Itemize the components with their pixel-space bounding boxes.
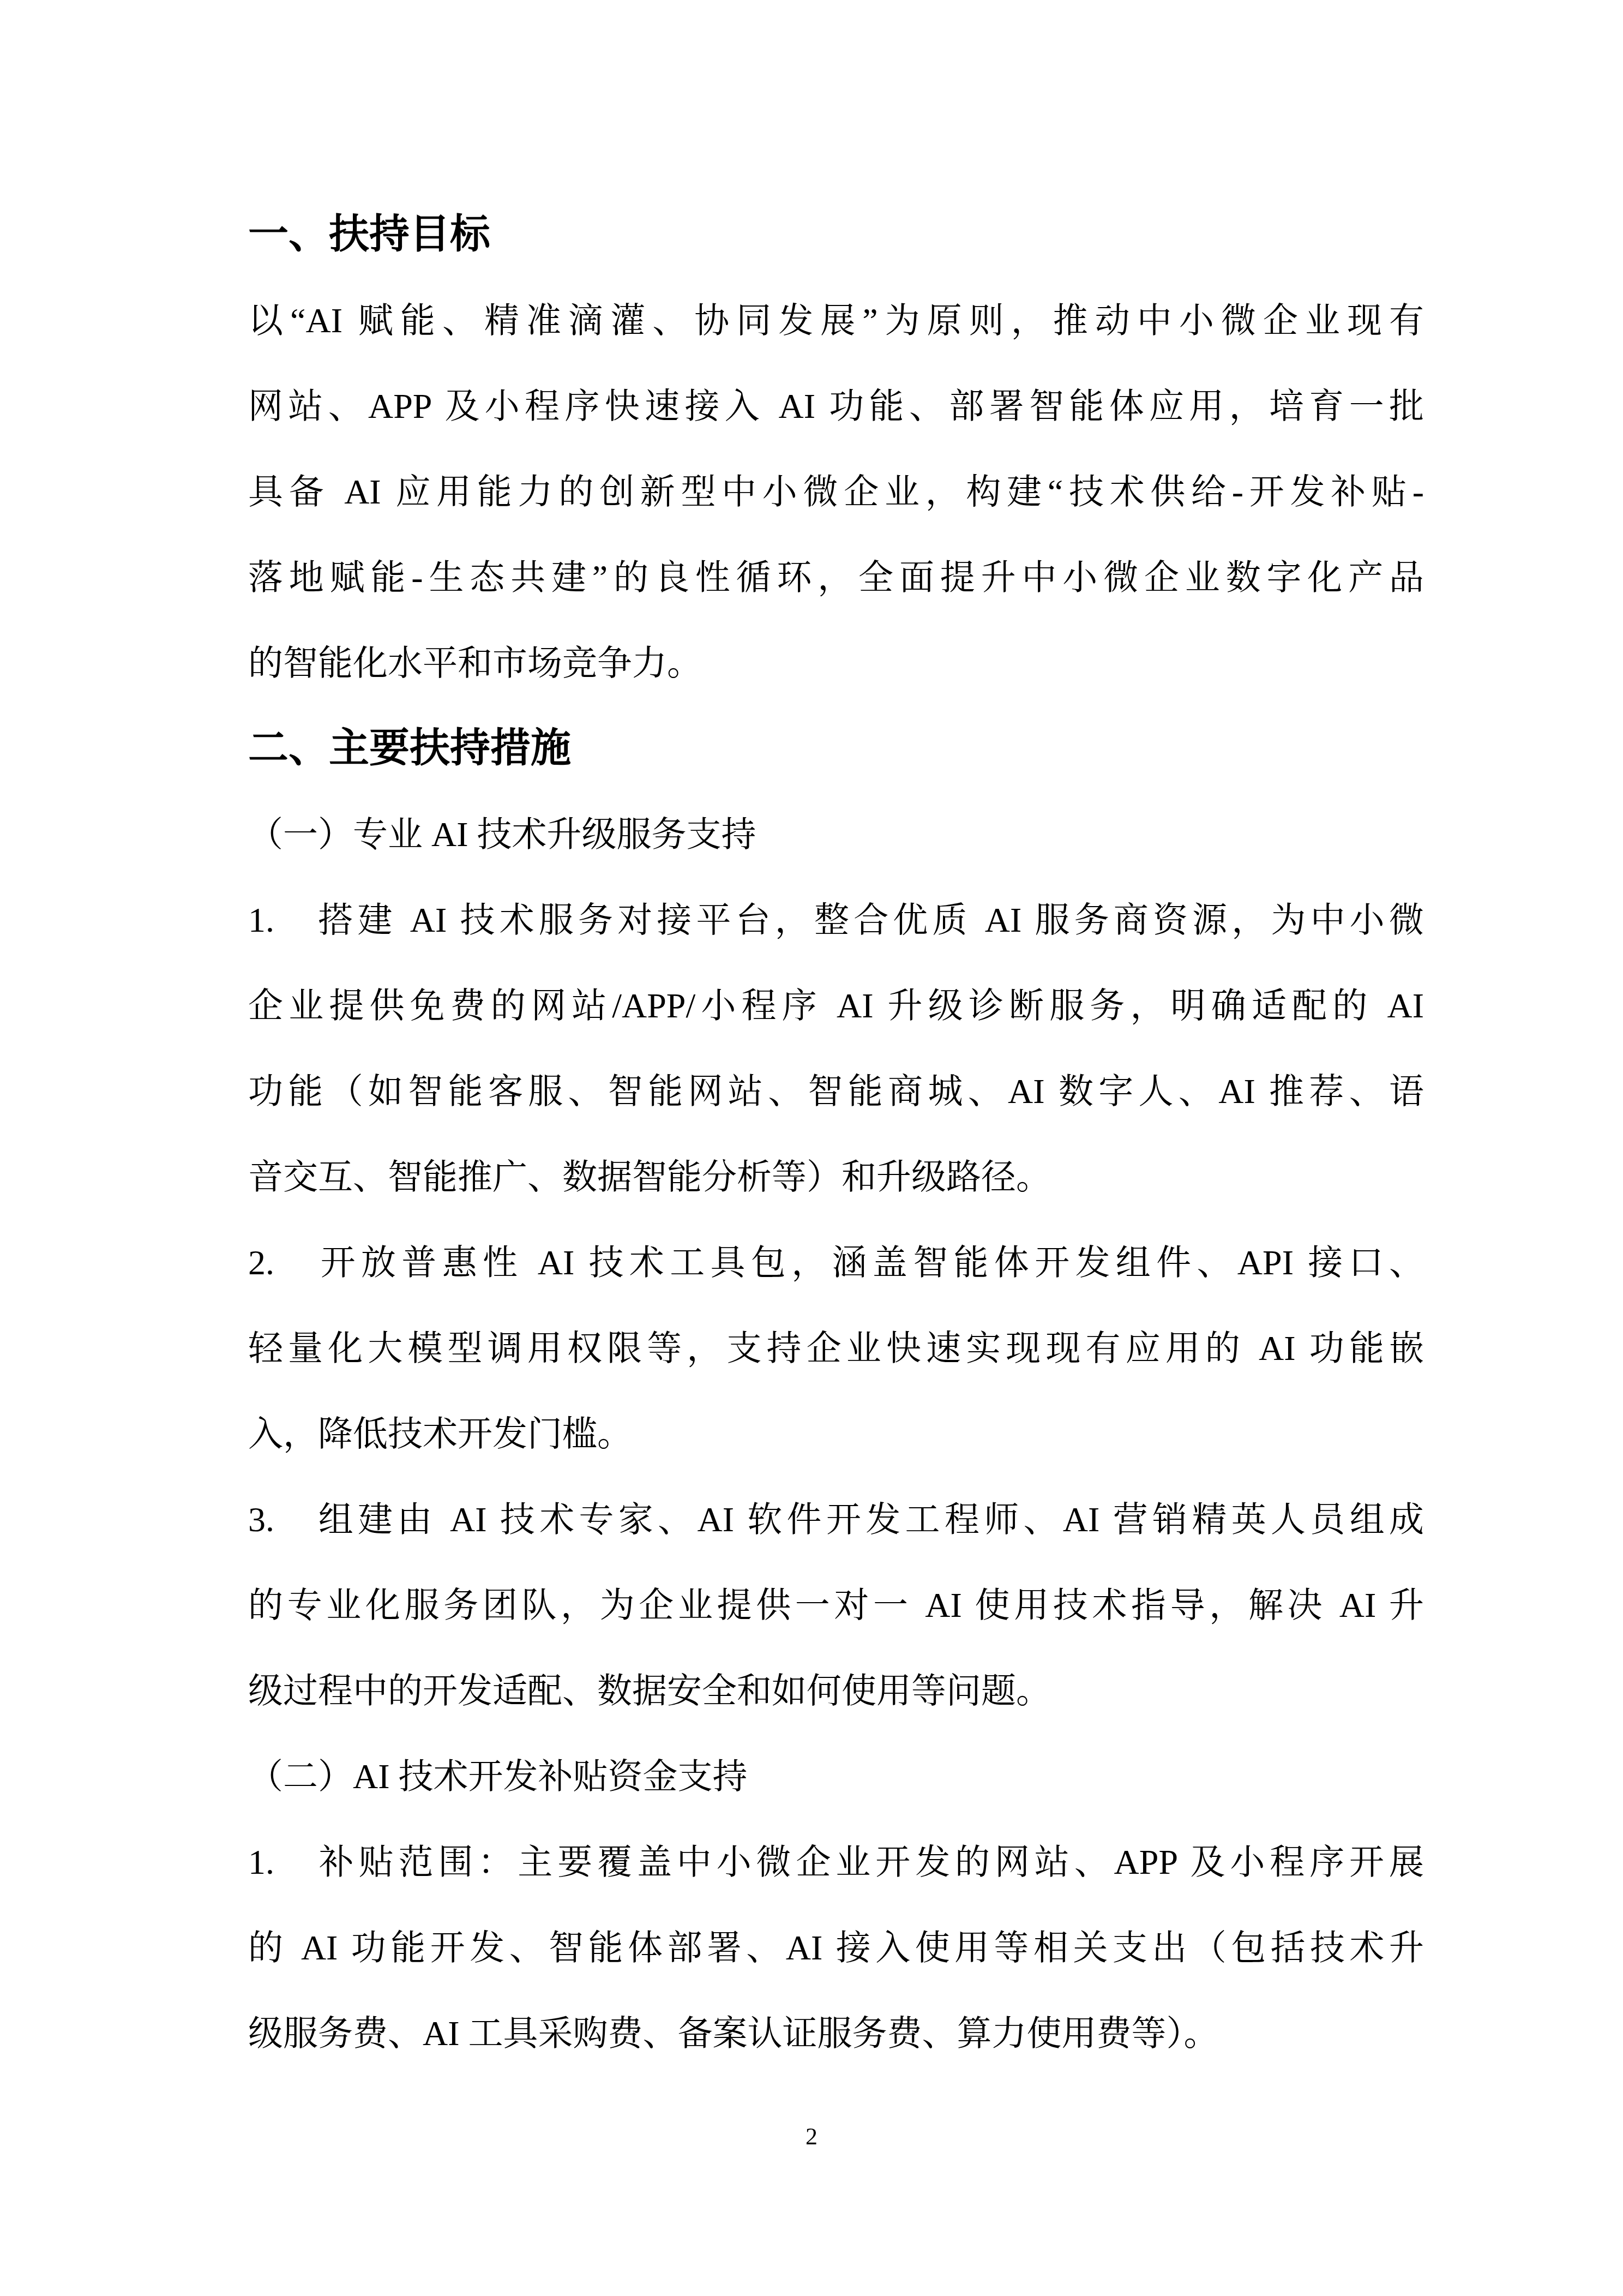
paragraph-line: 落地赋能-生态共建”的良性循环，全面提升中小微企业数字化产品 [248,535,1424,620]
paragraph-line: 具备 AI 应用能力的创新型中小微企业，构建“技术供给-开发补贴- [248,449,1424,535]
list-item-line: 功能（如智能客服、智能网站、智能商城、AI 数字人、AI 推荐、语 [248,1048,1424,1134]
page-number: 2 [0,2119,1623,2154]
document-body: 一、扶持目标 以“AI 赋能、精准滴灌、协同发展”为原则，推动中小微企业现有 网… [248,192,1424,2076]
list-item-line: 的 AI 功能开发、智能体部署、AI 接入使用等相关支出（包括技术升 [248,1905,1424,1991]
section-heading-2: 二、主要扶持措施 [248,706,1424,792]
list-item-line: 1. 搭建 AI 技术服务对接平台，整合优质 AI 服务商资源，为中小微 [248,877,1424,963]
list-item-line: 的专业化服务团队，为企业提供一对一 AI 使用技术指导，解决 AI 升 [248,1562,1424,1648]
subsection-heading-2: （二）AI 技术开发补贴资金支持 [248,1734,1424,1819]
section-heading-1: 一、扶持目标 [248,192,1424,278]
list-item-line: 企业提供免费的网站/APP/小程序 AI 升级诊断服务，明确适配的 AI [248,963,1424,1048]
list-item-line: 轻量化大模型调用权限等，支持企业快速实现现有应用的 AI 功能嵌 [248,1305,1424,1391]
subsection-heading-1: （一）专业 AI 技术升级服务支持 [248,792,1424,877]
list-item-line: 级过程中的开发适配、数据安全和如何使用等问题。 [248,1648,1424,1734]
paragraph-line: 网站、APP 及小程序快速接入 AI 功能、部署智能体应用，培育一批 [248,363,1424,449]
list-item-line: 音交互、智能推广、数据智能分析等）和升级路径。 [248,1134,1424,1220]
paragraph-line: 的智能化水平和市场竞争力。 [248,620,1424,706]
list-item-line: 1. 补贴范围：主要覆盖中小微企业开发的网站、APP 及小程序开展 [248,1819,1424,1905]
list-item-line: 3. 组建由 AI 技术专家、AI 软件开发工程师、AI 营销精英人员组成 [248,1477,1424,1562]
list-item-line: 入，降低技术开发门槛。 [248,1391,1424,1477]
document-page: { "page_number": "2", "content": { "head… [0,0,1623,2296]
list-item-line: 2. 开放普惠性 AI 技术工具包，涵盖智能体开发组件、API 接口、 [248,1220,1424,1305]
paragraph-line: 以“AI 赋能、精准滴灌、协同发展”为原则，推动中小微企业现有 [248,278,1424,363]
list-item-line: 级服务费、AI 工具采购费、备案认证服务费、算力使用费等）。 [248,1991,1424,2076]
